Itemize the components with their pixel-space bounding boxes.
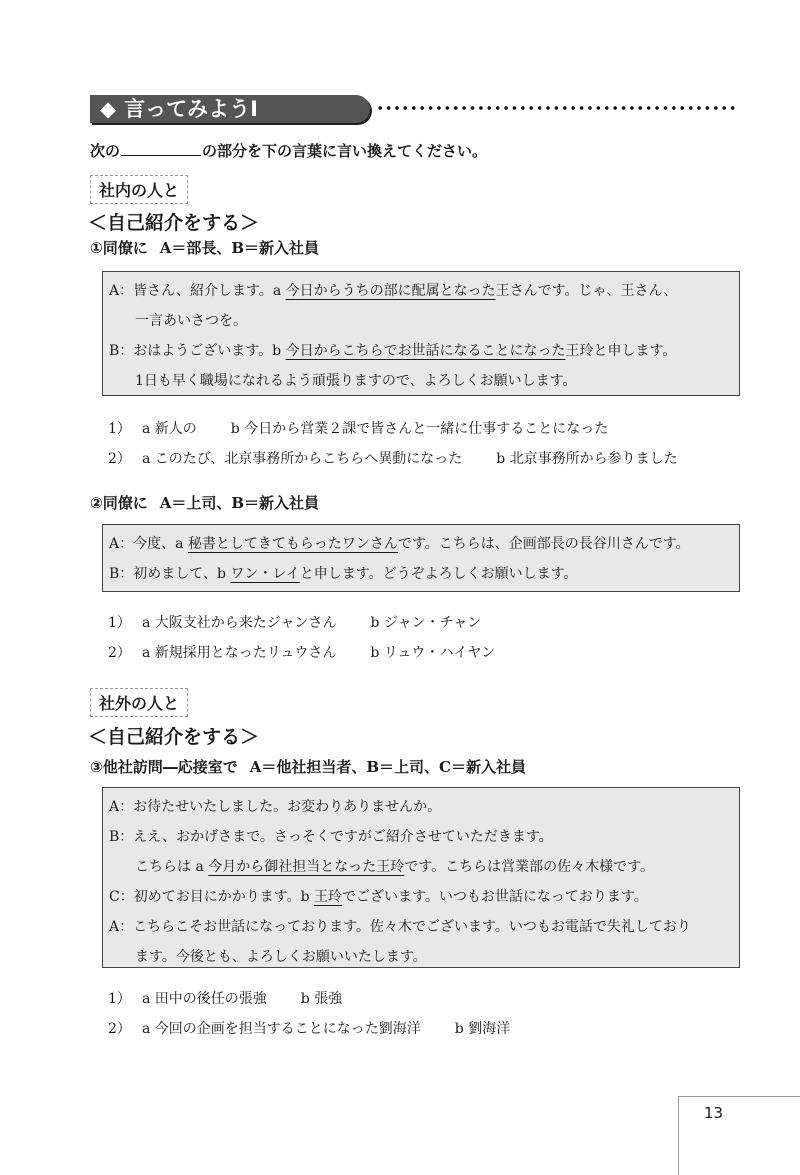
- dialog-line: A：お待たせいたしました。お変わりありませんか。: [109, 792, 733, 822]
- dialog-line: 一言あいさつを。: [109, 306, 733, 336]
- instruction: 次のの部分を下の言葉に言い換えてください。: [90, 140, 487, 161]
- subhead-self-intro-1: ＜自己紹介をする＞: [88, 208, 259, 235]
- section-header: ◆言ってみようⅠ: [90, 95, 370, 123]
- choice-item: 1）a 大阪支社から来たジャンさんb ジャン・チャン: [90, 608, 495, 638]
- choice-item: 2）a このたび、北京事務所からこちらへ異動になったb 北京事務所から参りました: [90, 444, 678, 474]
- choices-1: 1）a 新人のb 今日から営業２課で皆さんと一緒に仕事することになった 2）a …: [90, 414, 678, 474]
- scenario-3: ③他社訪問―応接室でA＝他社担当者、B＝上司、C＝新入社員: [90, 756, 526, 777]
- dialog-line: こちらは a 今月から御社担当となった王玲です。こちらは営業部の佐々木様です。: [109, 852, 733, 882]
- roles-2: A＝上司、B＝新入社員: [160, 494, 319, 512]
- scenario-2: ②同僚にA＝上司、B＝新入社員: [90, 492, 319, 513]
- subhead-self-intro-2: ＜自己紹介をする＞: [88, 722, 259, 749]
- choice-item: 1）a 田中の後任の張強b 張強: [90, 984, 510, 1014]
- page-number-frame: [678, 1096, 800, 1175]
- scenario-1: ①同僚にA＝部長、B＝新入社員: [90, 237, 319, 258]
- section-title: 言ってみようⅠ: [124, 97, 258, 121]
- dialog-box-2: A：今度、a 秘書としてきてもらったワンさんです。こちらは、企画部長の長谷川さん…: [102, 524, 740, 592]
- choices-3: 1）a 田中の後任の張強b 張強 2）a 今回の企画を担当することになった劉海洋…: [90, 984, 510, 1044]
- diamond-icon: ◆: [100, 97, 116, 121]
- dialog-line: B：初めまして、b ワン・レイと申します。どうぞよろしくお願いします。: [109, 559, 733, 589]
- dialog-line: A：こちらこそお世話になっております。佐々木でございます。いつもお電話で失礼して…: [109, 912, 733, 942]
- choice-item: 1）a 新人のb 今日から営業２課で皆さんと一緒に仕事することになった: [90, 414, 678, 444]
- choice-item: 2）a 新規採用となったリュウさんb リュウ・ハイヤン: [90, 638, 495, 668]
- roles-1: A＝部長、B＝新入社員: [160, 239, 319, 257]
- group-tag-external: 社外の人と: [90, 688, 188, 717]
- dialog-line: A：今度、a 秘書としてきてもらったワンさんです。こちらは、企画部長の長谷川さん…: [109, 529, 733, 559]
- choices-2: 1）a 大阪支社から来たジャンさんb ジャン・チャン 2）a 新規採用となったリ…: [90, 608, 495, 668]
- dialog-line: B：おはようございます。b 今日からこちらでお世話になることになった王玲と申しま…: [109, 336, 733, 366]
- dialog-line: C：初めてお目にかかります。b 王玲でございます。いつもお世話になっております。: [109, 882, 733, 912]
- dialog-box-1: A：皆さん、紹介します。a 今日からうちの部に配属となった王さんです。じゃ、王さ…: [102, 271, 740, 396]
- dialog-line: 1日も早く職場になれるよう頑張りますので、よろしくお願いします。: [109, 366, 733, 396]
- dialog-box-3: A：お待たせいたしました。お変わりありませんか。 B：ええ、おかげさまで。さっそ…: [102, 787, 740, 968]
- page-number: 13: [704, 1104, 723, 1122]
- dialog-line: B：ええ、おかげさまで。さっそくですがご紹介させていただきます。: [109, 822, 733, 852]
- choice-item: 2）a 今回の企画を担当することになった劉海洋b 劉海洋: [90, 1014, 510, 1044]
- dotted-leader: [376, 104, 738, 112]
- dialog-line: A：皆さん、紹介します。a 今日からうちの部に配属となった王さんです。じゃ、王さ…: [109, 276, 733, 306]
- instruction-before: 次の: [90, 142, 120, 160]
- instruction-after: の部分を下の言葉に言い換えてください。: [202, 142, 487, 160]
- dialog-line: ます。今後とも、よろしくお願いいたします。: [109, 942, 733, 972]
- roles-3: A＝他社担当者、B＝上司、C＝新入社員: [250, 758, 526, 776]
- blank-line: [121, 143, 201, 156]
- group-tag-internal: 社内の人と: [90, 175, 188, 204]
